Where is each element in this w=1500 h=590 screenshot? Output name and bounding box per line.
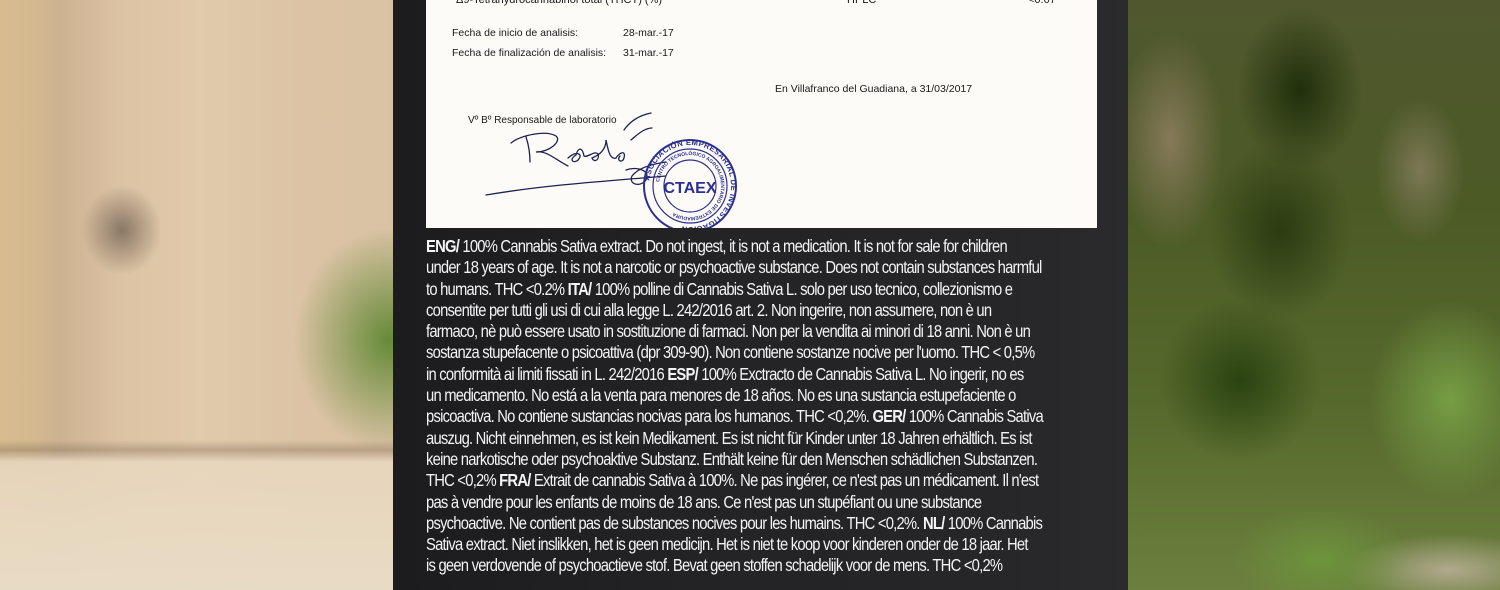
end-date-value: 31-mar.-17 [623, 47, 674, 59]
legal-text-segment: auszug. Nicht einnehmen, es ist kein Med… [426, 428, 1032, 448]
product-box-back: Δ9-Tetrahydrocannabinol total (THCT) (%)… [393, 0, 1128, 590]
legal-text-segment: 100% Cannabis Sativa extract. Do not ing… [459, 236, 1007, 256]
language-code-label: NL/ [923, 513, 945, 533]
legal-text-line: sostanza stupefacente o psicoattiva (dpr… [426, 342, 1126, 363]
legal-text-line: psychoactive. Ne contient pas de substan… [426, 513, 1126, 534]
start-date-value: 28-mar.-17 [623, 27, 674, 39]
language-code-label: ITA/ [568, 279, 592, 299]
language-code-label: FRA/ [499, 470, 530, 490]
legal-text-line: in conformità ai limiti fissati in L. 24… [426, 364, 1126, 385]
legal-text-line: un medicamento. No está a la venta para … [426, 385, 1126, 406]
legal-text-segment: sostanza stupefacente o psicoattiva (dpr… [426, 342, 1034, 362]
stamp-center-text: CTAEX [663, 180, 716, 197]
legal-text-line: consentite per tutti gli usi di cui alla… [426, 300, 1126, 321]
legal-text-segment: psicoactiva. No contiene sustancias noci… [426, 406, 872, 426]
analyte-label: Δ9-Tetrahydrocannabinol total (THCT) (%) [456, 0, 662, 6]
legal-text-segment: pas à vendre pour les enfants de moins d… [426, 492, 981, 512]
legal-text-segment: 100% Cannabis [944, 513, 1042, 533]
legal-text-line: farmaco, nè può essere usato in sostituz… [426, 321, 1126, 342]
multilingual-legal-disclaimer: ENG/ 100% Cannabis Sativa extract. Do no… [426, 236, 1126, 577]
result-value: <0.07 [1028, 0, 1056, 6]
legal-text-line: under 18 years of age. It is not a narco… [426, 257, 1126, 278]
legal-text-line: pas à vendre pour les enfants de moins d… [426, 492, 1126, 513]
legal-text-segment: farmaco, nè può essere usato in sostituz… [426, 321, 1030, 341]
language-code-label: ENG/ [426, 236, 459, 256]
legal-text-segment: 100% polline di Cannabis Sativa L. solo … [591, 279, 1012, 299]
legal-text-segment: psychoactive. Ne contient pas de substan… [426, 513, 923, 533]
legal-text-line: Sativa extract. Niet inslikken, het is g… [426, 534, 1126, 555]
legal-text-segment: to humans. THC <0.2% [426, 279, 568, 299]
lab-certificate: Δ9-Tetrahydrocannabinol total (THCT) (%)… [426, 0, 1097, 228]
ctaex-stamp-icon: ASOCIACIÓN EMPRESARIAL DE INVESTIGACIÓN … [642, 138, 738, 228]
legal-text-segment: under 18 years of age. It is not a narco… [426, 257, 1042, 277]
legal-text-segment: 100% Exctracto de Cannabis Sativa L. No … [698, 364, 1024, 384]
legal-text-segment: THC <0,2% [426, 470, 499, 490]
legal-text-line: auszug. Nicht einnehmen, es ist kein Med… [426, 428, 1126, 449]
legal-text-line: THC <0,2% FRA/ Extrait de cannabis Sativ… [426, 470, 1126, 491]
legal-text-segment: un medicamento. No está a la venta para … [426, 385, 1016, 405]
legal-text-segment: Extrait de cannabis Sativa à 100%. Ne pa… [531, 470, 1039, 490]
legal-text-line: is geen verdovende of psychoactieve stof… [426, 555, 1126, 576]
blurred-wooden-wall-background [0, 0, 400, 590]
legal-text-line: keine narkotische oder psychoaktive Subs… [426, 449, 1126, 470]
legal-text-line: to humans. THC <0.2% ITA/ 100% polline d… [426, 279, 1126, 300]
legal-text-line: ENG/ 100% Cannabis Sativa extract. Do no… [426, 236, 1126, 257]
place-date: En Villafranco del Guadiana, a 31/03/201… [775, 83, 972, 95]
start-date-label: Fecha de inicio de analisis: [452, 27, 578, 39]
language-code-label: ESP/ [667, 364, 698, 384]
legal-text-segment: 100% Cannabis Sativa [906, 406, 1043, 426]
legal-text-segment: Sativa extract. Niet inslikken, het is g… [426, 534, 1028, 554]
language-code-label: GER/ [872, 406, 905, 426]
legal-text-segment: keine narkotische oder psychoaktive Subs… [426, 449, 1037, 469]
svg-text:ASOCIACIÓN EMPRESARIAL DE INVE: ASOCIACIÓN EMPRESARIAL DE INVESTIGACIÓN [642, 138, 738, 228]
method-value: HPLC [847, 0, 876, 6]
legal-text-segment: consentite per tutti gli usi di cui alla… [426, 300, 991, 320]
legal-text-segment: in conformità ai limiti fissati in L. 24… [426, 364, 667, 384]
blurred-plant-background [1120, 0, 1500, 590]
legal-text-segment: is geen verdovende of psychoactieve stof… [426, 555, 1002, 575]
legal-text-line: psicoactiva. No contiene sustancias noci… [426, 406, 1126, 427]
svg-text:CENTRO TECNOLÓGICO AGROALIMENT: CENTRO TECNOLÓGICO AGROALIMENTARIO DE EX… [655, 149, 725, 221]
signatory-label: Vº Bº Responsable de laboratorio [468, 115, 617, 126]
end-date-label: Fecha de finalización de analisis: [452, 47, 606, 59]
